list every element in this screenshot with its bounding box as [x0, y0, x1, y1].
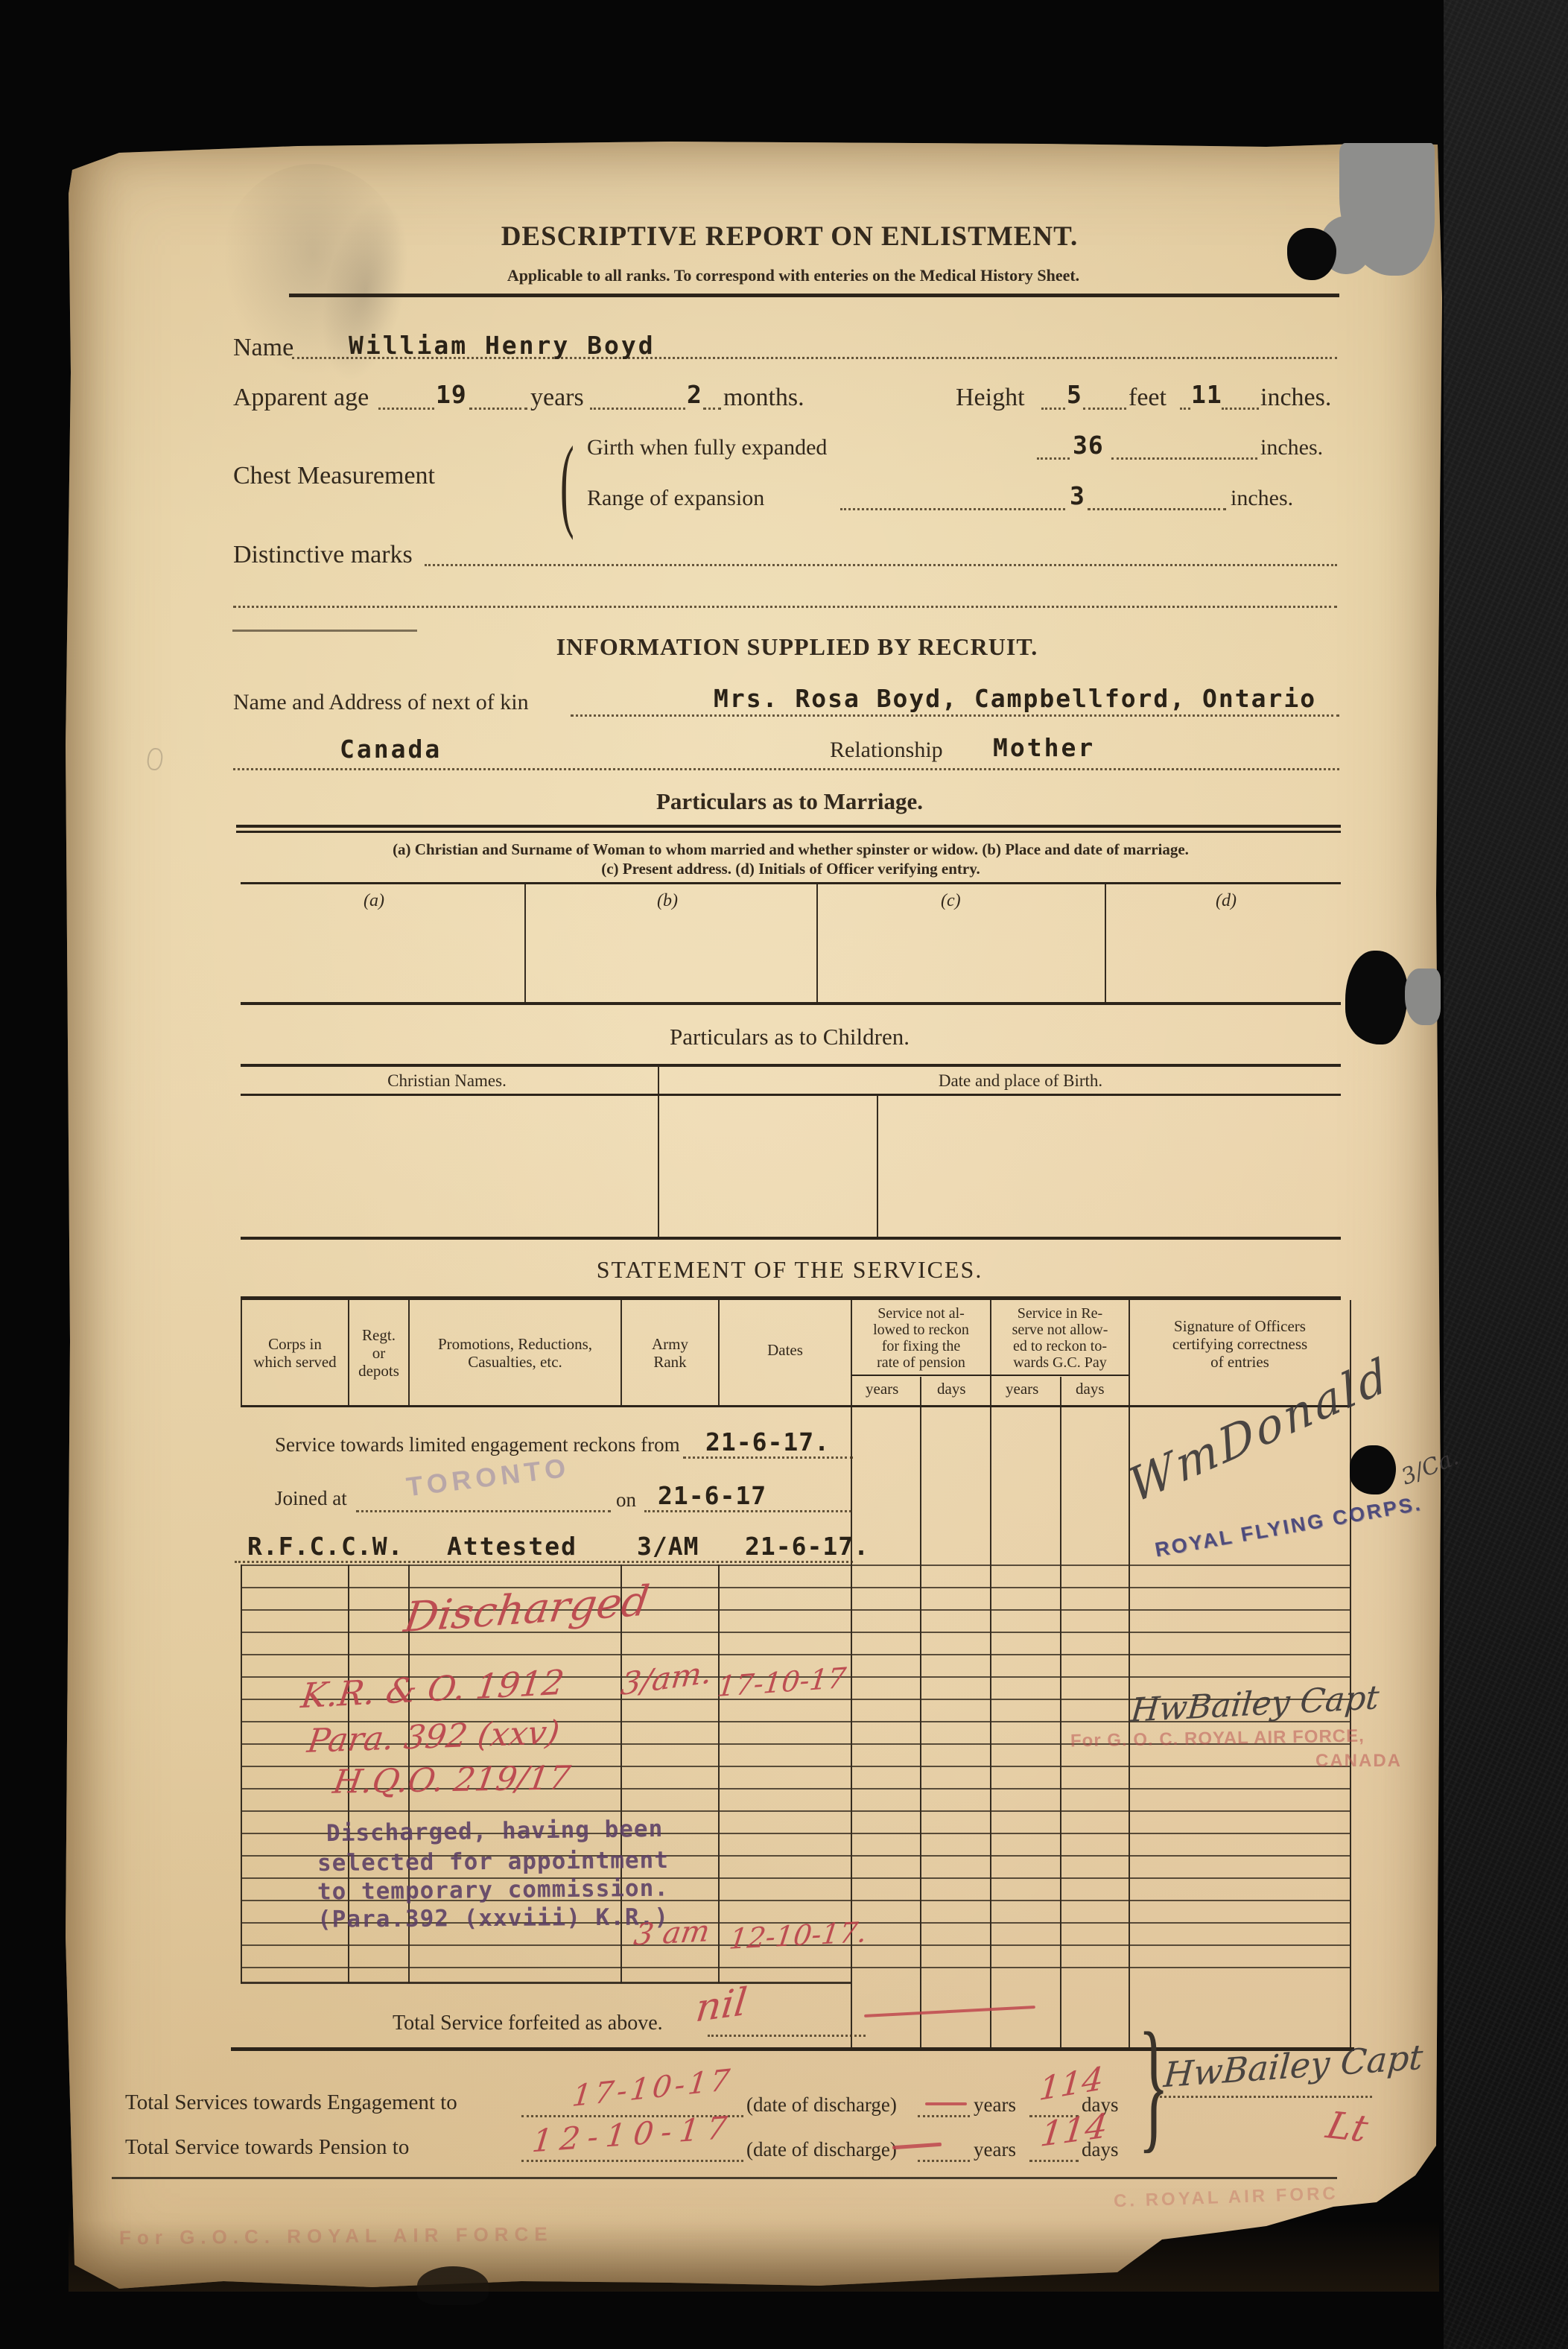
- marriage-rule-bottom: [241, 1002, 1341, 1005]
- height-dots: [1180, 407, 1190, 410]
- discharge-typed-4: (Para.392 (xxviii) K.R.): [317, 1903, 669, 1933]
- children-col-1: Christian Names.: [313, 1071, 581, 1091]
- relationship-label: Relationship: [830, 738, 943, 763]
- services-subcol-line: [1060, 1377, 1061, 2049]
- children-heading: Particulars as to Children.: [566, 1024, 1013, 1050]
- pension-years-label: years: [974, 2138, 1016, 2161]
- girth-value: 36: [1073, 431, 1104, 460]
- col-header-corps: Corps in which served: [242, 1335, 348, 1371]
- col-header-promotions: Promotions, Reductions, Casualties, etc.: [410, 1335, 620, 1371]
- marriage-col-d: (d): [1216, 891, 1237, 911]
- children-body-divider: [658, 1096, 659, 1237]
- height-dots: [1222, 407, 1259, 410]
- marriage-header-rule: [241, 882, 1341, 884]
- girth-label: Girth when fully expanded: [587, 435, 827, 460]
- raf-canada-stamp-line2: CANADA: [1315, 1751, 1402, 1772]
- services-row-line: [241, 1587, 1350, 1588]
- pension-date-note: (date of discharge): [746, 2138, 897, 2161]
- engagement-total-label: Total Services towards Engagement to: [125, 2090, 457, 2115]
- col-header-signature: Signature of Officers certifying correct…: [1130, 1317, 1350, 1371]
- range-label: Range of expansion: [587, 486, 764, 511]
- months-label: months.: [723, 384, 804, 412]
- services-row-line: [241, 1810, 1350, 1812]
- discharge-hqo: H.Q.O. 219/17: [330, 1759, 573, 1801]
- marriage-col-a: (a): [364, 891, 384, 911]
- subheader-rule: [851, 1375, 1129, 1376]
- forfeited-value: nil: [693, 1980, 749, 2032]
- marks-dots-2: [233, 605, 1337, 608]
- engagement-years-label: years: [974, 2093, 1016, 2117]
- nok-dots: [571, 714, 1339, 717]
- pension-total-dots: [918, 2159, 970, 2162]
- col-header-reserve: Service in Re- serve not allow- ed to re…: [991, 1305, 1129, 1371]
- marriage-note-2: (c) Present address. (d) Initials of Off…: [241, 860, 1341, 878]
- children-header-rule: [241, 1094, 1341, 1096]
- services-left-bottom-rule: [241, 1982, 851, 1984]
- services-body-col-line: [718, 1565, 720, 1983]
- pension-days-label: days: [1082, 2138, 1119, 2161]
- pension-total-dots: [521, 2159, 743, 2162]
- services-header-bottom-rule: [241, 1405, 1350, 1407]
- chest-brace: (: [560, 425, 574, 544]
- girth-units: inches.: [1260, 435, 1323, 460]
- col-header-rank: Army Rank: [622, 1335, 718, 1371]
- engagement-total-dots: [918, 2114, 970, 2117]
- hole-signature-punch: [1350, 1445, 1396, 1494]
- pension-total-label: Total Service towards Pension to: [125, 2135, 409, 2160]
- marriage-heading: Particulars as to Marriage.: [566, 788, 1013, 815]
- inches-label: inches.: [1260, 384, 1331, 412]
- forfeited-label: Total Service forfeited as above.: [393, 2012, 663, 2035]
- joined-on-label: on: [616, 1489, 636, 1512]
- range-dots: [1088, 507, 1226, 510]
- attested-date: 21-6-17.: [745, 1532, 869, 1561]
- range-dots: [840, 507, 1065, 510]
- services-col-line: [1129, 1300, 1130, 2049]
- scanned-enlistment-form: DESCRIPTIVE REPORT ON ENLISTMENT. Applic…: [0, 0, 1568, 2349]
- marks-label: Distinctive marks: [233, 541, 413, 569]
- joined-dots: [356, 1509, 611, 1512]
- feet-label: feet: [1129, 384, 1167, 412]
- children-header-divider: [658, 1066, 659, 1094]
- header-rule: [289, 294, 1339, 297]
- apparent-age-label: Apparent age: [233, 384, 369, 412]
- services-row-line: [241, 1967, 1350, 1968]
- girth-dots: [1037, 457, 1070, 460]
- totals-rule: [231, 2047, 1354, 2051]
- hole-children-section: [1345, 951, 1408, 1044]
- age-dots: [703, 407, 721, 410]
- discharge-typed-2: selected for appointment: [317, 1847, 669, 1877]
- attested-corps: R.F.C.: [247, 1532, 340, 1561]
- range-value: 3: [1070, 481, 1085, 510]
- discharge-typed-1: Discharged, having been: [326, 1816, 664, 1847]
- years-label: years: [530, 384, 584, 412]
- height-label: Height: [956, 384, 1025, 412]
- relationship-value: Mother: [993, 733, 1095, 762]
- subcol-years: years: [866, 1380, 898, 1398]
- age-months-value: 2: [687, 380, 702, 409]
- joined-value: 21-6-17: [658, 1481, 766, 1510]
- attested-regt: C.W.: [341, 1532, 403, 1561]
- name-label: Name: [233, 334, 293, 362]
- services-subcol-line: [920, 1377, 921, 2049]
- col-header-pension: Service not al- lowed to reckon for fixi…: [852, 1305, 990, 1371]
- attested-underline: [235, 1560, 853, 1563]
- age-years-value: 19: [436, 380, 467, 409]
- marriage-col-c: (c): [941, 891, 961, 911]
- marriage-note-1: (a) Christian and Surname of Woman to wh…: [241, 840, 1341, 859]
- marriage-divider: [816, 884, 818, 1002]
- attested-rank: 3/AM: [637, 1532, 699, 1561]
- bottom-stamp-left: For G.O.C. ROYAL AIR FORCE: [119, 2222, 553, 2249]
- subcol-days: days: [1076, 1380, 1105, 1398]
- joined-dots-2: [644, 1509, 851, 1512]
- girth-dots: [1111, 457, 1257, 460]
- bailey-signature-dots: [1156, 2095, 1372, 2098]
- ink-line: [232, 630, 417, 632]
- age-dots: [378, 407, 434, 410]
- attested-event: Attested: [447, 1532, 577, 1561]
- engagement-reckons-label: Service towards limited engagement recko…: [275, 1433, 680, 1456]
- discharge-typed-3: to temporary commission.: [317, 1875, 669, 1906]
- col-header-dates: Dates: [720, 1341, 851, 1360]
- tape-patch-children: [1405, 969, 1441, 1025]
- subcol-days: days: [937, 1380, 966, 1398]
- engagement-red-dash: [925, 2102, 967, 2105]
- nok-dots-2: [233, 767, 1339, 770]
- services-col-line: [990, 1300, 991, 2049]
- engagement-reckons-value: 21-6-17.: [705, 1427, 830, 1456]
- col-header-regt: Regt. or depots: [349, 1326, 408, 1380]
- marriage-divider: [1105, 884, 1106, 1002]
- marriage-rule-top-a: [236, 825, 1341, 828]
- height-inches-value: 11: [1191, 380, 1222, 409]
- form-subtitle: Applicable to all ranks. To correspond w…: [447, 266, 1140, 285]
- engagement-dots: [683, 1456, 853, 1459]
- marks-dots: [425, 563, 1337, 566]
- services-heading: STATEMENT OF THE SERVICES.: [492, 1256, 1088, 1284]
- forfeited-dots: [708, 2034, 866, 2037]
- bottom-rule: [112, 2177, 1337, 2179]
- marriage-col-b: (b): [657, 891, 678, 911]
- nok-label: Name and Address of next of kin: [233, 690, 529, 715]
- subcol-years: years: [1006, 1380, 1038, 1398]
- marriage-divider: [524, 884, 526, 1002]
- children-rule-bottom: [241, 1237, 1341, 1240]
- engagement-date-note: (date of discharge): [746, 2093, 897, 2117]
- services-row-line: [241, 1565, 1350, 1566]
- services-row-line: [241, 1654, 1350, 1655]
- name-value: William Henry Boyd: [349, 331, 656, 360]
- services-rule-top: [241, 1296, 1341, 1300]
- marriage-rule-top-b: [236, 831, 1341, 833]
- age-dots: [469, 407, 527, 410]
- range-units: inches.: [1231, 486, 1293, 511]
- children-col-2: Date and place of Birth.: [857, 1071, 1184, 1091]
- children-body-divider: [877, 1096, 878, 1237]
- pension-total-dots: [1029, 2159, 1079, 2162]
- discharge-typed-rank: 3 am: [632, 1914, 712, 1952]
- bottom-edge-nick: [417, 2266, 489, 2305]
- services-body-col-line: [241, 1565, 242, 1983]
- children-rule-top: [241, 1064, 1341, 1067]
- binding-cloth-strip: [1444, 0, 1568, 2349]
- nok-value-2: Canada: [340, 735, 442, 764]
- form-title: DESCRIPTIVE REPORT ON ENLISTMENT.: [499, 221, 1080, 253]
- nok-value: Mrs. Rosa Boyd, Campbellford, Ontario: [714, 684, 1316, 713]
- chest-label: Chest Measurement: [233, 462, 435, 490]
- age-dots: [590, 407, 685, 410]
- height-dots: [1083, 407, 1126, 410]
- height-feet-value: 5: [1067, 380, 1082, 409]
- height-dots: [1041, 407, 1065, 410]
- recruit-heading: INFORMATION SUPPLIED BY RECRUIT.: [492, 633, 1102, 661]
- joined-at-label: Joined at: [275, 1487, 347, 1510]
